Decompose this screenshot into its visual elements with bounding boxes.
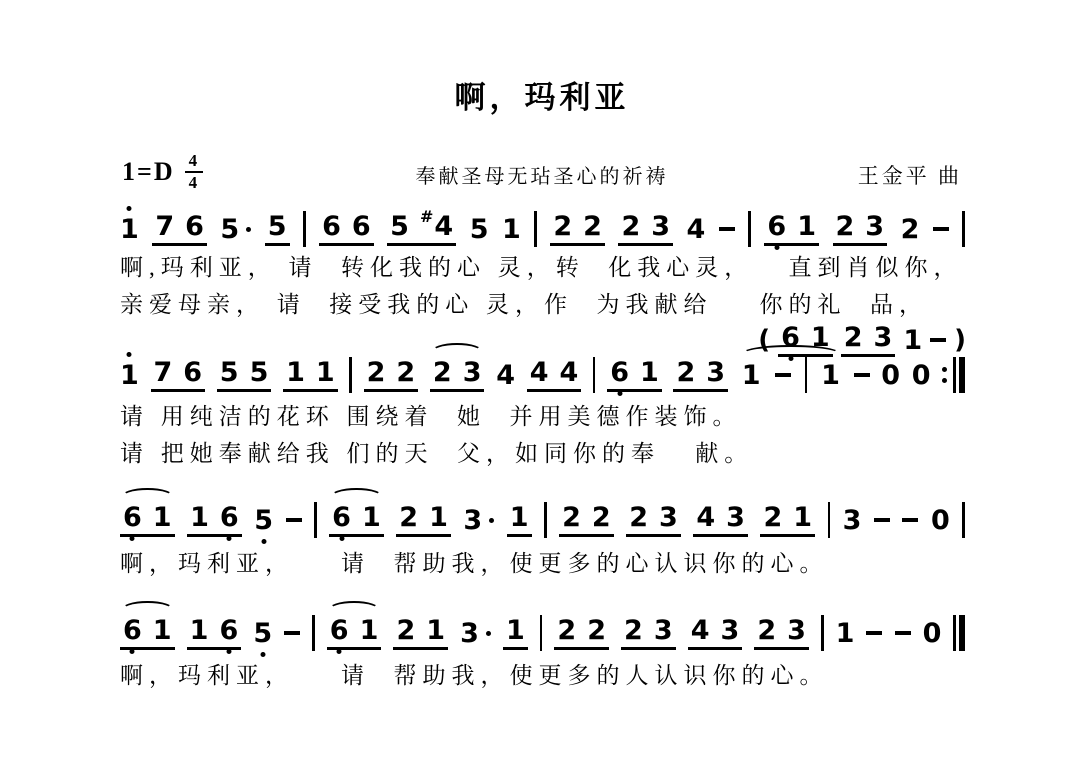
note-digit: 1 bbox=[510, 502, 529, 533]
note-digit-stack: 2 bbox=[592, 504, 611, 531]
barline bbox=[534, 211, 537, 247]
beam-group: 23 bbox=[833, 213, 888, 246]
note-3: 3 bbox=[463, 359, 482, 386]
note-digit: 6 bbox=[123, 615, 142, 646]
note-digit-stack: 6 bbox=[352, 213, 371, 240]
note-digit: 2 bbox=[587, 615, 606, 646]
note-digit-stack: 3 bbox=[463, 507, 482, 534]
beam-group: 76 bbox=[152, 213, 207, 246]
note-digit: 6 bbox=[185, 211, 204, 242]
note-digit: 1 bbox=[190, 502, 209, 533]
note-digit: 2 bbox=[901, 214, 920, 245]
note-1: 1 bbox=[190, 617, 209, 644]
barline bbox=[544, 502, 547, 538]
note-2: 2 bbox=[844, 324, 863, 351]
lyric-line-2-verse-2: 请 把她奉献给我 们的天 父，如同你的奉 献。 bbox=[120, 440, 990, 468]
note-6: 6 bbox=[330, 617, 349, 644]
barline bbox=[312, 615, 315, 651]
note-2: 2 bbox=[836, 213, 855, 240]
augmentation-dot bbox=[246, 227, 251, 232]
note-5: 5 bbox=[220, 216, 251, 243]
note-6: 6 bbox=[219, 617, 238, 644]
note-digit-stack: 2 bbox=[553, 213, 572, 240]
duration-dash bbox=[719, 227, 735, 231]
note-5: 5 bbox=[254, 507, 273, 534]
note-digit-stack: 0 bbox=[923, 620, 942, 647]
note-digit: 3 bbox=[706, 357, 725, 388]
beam-group: 16 bbox=[187, 617, 242, 650]
note-2: 2 bbox=[763, 504, 782, 531]
duration-dash bbox=[866, 631, 882, 635]
note-digit: 5 bbox=[220, 214, 239, 245]
note-digit-stack: 4 bbox=[434, 213, 453, 240]
note-digit-stack: 6 bbox=[610, 359, 629, 386]
note-digit-stack: 7 bbox=[155, 213, 174, 240]
note-1: 1 bbox=[360, 617, 379, 644]
beam-group: 43 bbox=[693, 504, 748, 537]
song-title: 啊，玛利亚 bbox=[0, 72, 1084, 117]
note-digit-stack: 3 bbox=[659, 504, 678, 531]
beam-group: 21 bbox=[393, 617, 448, 650]
note-digit-stack: 6 bbox=[183, 359, 202, 386]
note-digit-stack: 3 bbox=[865, 213, 884, 240]
note-digit: 0 bbox=[923, 618, 942, 649]
duration-dash bbox=[902, 518, 918, 522]
note-digit: 2 bbox=[399, 502, 418, 533]
note-digit-stack: 6 bbox=[219, 617, 238, 644]
duration-dash bbox=[284, 631, 300, 635]
beam-group: 5#4 bbox=[387, 213, 456, 246]
note-digit-stack: 4 bbox=[691, 617, 710, 644]
note-0: 0 bbox=[912, 362, 931, 389]
note-digit-stack: 1 bbox=[316, 359, 335, 386]
note-digit-stack: 1 bbox=[793, 504, 812, 531]
duration-dash bbox=[933, 227, 949, 231]
note-1: 1 bbox=[510, 504, 529, 531]
repeat-end-barline bbox=[942, 357, 965, 393]
beam-group: 21 bbox=[396, 504, 451, 537]
lyric-line-4: 啊，玛利亚， 请 帮助我，使更多的人认识你的心。 bbox=[120, 662, 990, 690]
note-digit: 1 bbox=[903, 325, 922, 356]
note-1: 1 bbox=[426, 617, 445, 644]
note-digit: 1 bbox=[426, 615, 445, 646]
beam-group: 23 bbox=[673, 359, 728, 392]
note-3: 3 bbox=[721, 617, 740, 644]
tie-group: 11 bbox=[740, 357, 842, 393]
note-digit-stack: 2 bbox=[583, 213, 602, 240]
thick-barline bbox=[959, 357, 965, 393]
notation-line-2: 1765511222344461231100 bbox=[120, 352, 965, 398]
note-digit-stack: 5 bbox=[268, 213, 287, 240]
lyric-line-1-verse-1: 啊,玛利亚， 请 转化我的心 灵，转 化我心灵， 直到肖似你， bbox=[120, 254, 990, 282]
octave-dot-below bbox=[261, 539, 266, 544]
note-digit: 2 bbox=[396, 357, 415, 388]
beam-group: 61 bbox=[327, 617, 382, 650]
note-digit: 4 bbox=[691, 615, 710, 646]
beam-group: 61 bbox=[120, 504, 175, 537]
note-digit-stack: 1 bbox=[640, 359, 659, 386]
note-digit: 3 bbox=[721, 615, 740, 646]
note-digit: 5 bbox=[470, 214, 489, 245]
note-1: 1 bbox=[903, 327, 922, 354]
octave-dot-below bbox=[337, 649, 342, 654]
note-digit-stack: 2 bbox=[557, 617, 576, 644]
note-digit-stack: 2 bbox=[587, 617, 606, 644]
note-2: 2 bbox=[433, 359, 452, 386]
note-6: 6 bbox=[332, 504, 351, 531]
note-digit-stack: 1 bbox=[797, 213, 816, 240]
thick-barline bbox=[959, 615, 965, 651]
note-2: 2 bbox=[624, 617, 643, 644]
note-digit: 6 bbox=[123, 502, 142, 533]
note-digit: 6 bbox=[322, 211, 341, 242]
note-4: 4 bbox=[696, 504, 715, 531]
note-digit-stack: 2 bbox=[433, 359, 452, 386]
note-digit-stack: 2 bbox=[624, 617, 643, 644]
note-digit-stack: 3 bbox=[654, 617, 673, 644]
note-digit: 1 bbox=[821, 360, 840, 391]
note-digit: 0 bbox=[881, 360, 900, 391]
duration-dash bbox=[874, 518, 890, 522]
final-barline bbox=[953, 615, 965, 651]
note-2: 2 bbox=[676, 359, 695, 386]
note-5: 5 bbox=[220, 359, 239, 386]
note-4: 4 bbox=[496, 362, 515, 389]
note-2: 2 bbox=[562, 504, 581, 531]
note-4: 4 bbox=[530, 359, 549, 386]
note-digit-stack: 3 bbox=[706, 359, 725, 386]
note-digit: 1 bbox=[640, 357, 659, 388]
beam-group: 1 bbox=[503, 617, 528, 650]
barline bbox=[821, 615, 824, 651]
note-1: 1 bbox=[836, 620, 855, 647]
note-digit-stack: 2 bbox=[836, 213, 855, 240]
note-digit-stack: 4 bbox=[687, 216, 706, 243]
note-digit: 6 bbox=[332, 502, 351, 533]
beam-group: 23 bbox=[626, 504, 681, 537]
barline bbox=[540, 615, 543, 651]
note-digit: 4 bbox=[434, 211, 453, 242]
note-6: 6 bbox=[123, 504, 142, 531]
note-digit-stack: 4 bbox=[530, 359, 549, 386]
note-1: 1 bbox=[742, 362, 761, 389]
octave-dot-above bbox=[127, 352, 132, 357]
note-digit: 4 bbox=[559, 357, 578, 388]
note-digit-stack: 6 bbox=[322, 213, 341, 240]
note-digit-stack: 6 bbox=[185, 213, 204, 240]
notation-line-3: 611656121312223432130 bbox=[120, 497, 965, 543]
note-digit-stack: 7 bbox=[154, 359, 173, 386]
note-1: 1 bbox=[362, 504, 381, 531]
note-digit-stack: 3 bbox=[463, 359, 482, 386]
note-digit: 3 bbox=[726, 502, 745, 533]
note-digit-stack: 4 bbox=[496, 362, 515, 389]
beam-group: 61 bbox=[120, 617, 175, 650]
note-1: 1 bbox=[120, 216, 139, 243]
note-digit: 2 bbox=[629, 502, 648, 533]
note-digit: 1 bbox=[502, 214, 521, 245]
note-2: 2 bbox=[399, 504, 418, 531]
note-2: 2 bbox=[557, 617, 576, 644]
note-digit-stack: 1 bbox=[506, 617, 525, 644]
note-digit: 6 bbox=[352, 211, 371, 242]
octave-dot-below bbox=[227, 536, 232, 541]
note-digit-stack: 6 bbox=[123, 617, 142, 644]
note-2: 2 bbox=[367, 359, 386, 386]
note-digit-stack: 0 bbox=[931, 507, 950, 534]
note-5: 5 bbox=[268, 213, 287, 240]
note-digit-stack: 2 bbox=[367, 359, 386, 386]
beam-group: 61 bbox=[764, 213, 819, 246]
note-digit: 5 bbox=[220, 357, 239, 388]
note-digit-stack: 1 bbox=[821, 362, 840, 389]
note-1: 1 bbox=[821, 362, 840, 389]
note-digit-stack: 1 bbox=[153, 617, 172, 644]
note-5: 5 bbox=[253, 620, 272, 647]
note-digit: 3 bbox=[463, 357, 482, 388]
octave-dot-above bbox=[127, 206, 132, 211]
lyric-line-2-verse-1: 请 用纯洁的花环 围绕着 她 并用美德作装饰。 bbox=[120, 403, 990, 431]
note-digit-stack: 2 bbox=[763, 504, 782, 531]
note-digit: 1 bbox=[190, 615, 209, 646]
note-digit: 6 bbox=[610, 357, 629, 388]
note-2: 2 bbox=[587, 617, 606, 644]
barline bbox=[962, 211, 965, 247]
note-2: 2 bbox=[396, 359, 415, 386]
beam-group: 23 bbox=[618, 213, 673, 246]
repeat-dot bbox=[942, 378, 947, 383]
note-1: 1 bbox=[153, 504, 172, 531]
note-digit-stack: 6 bbox=[330, 617, 349, 644]
note-5: 5 bbox=[470, 216, 489, 243]
note-digit-stack: 1 bbox=[502, 216, 521, 243]
note-2: 2 bbox=[901, 216, 920, 243]
note-3: 3 bbox=[706, 359, 725, 386]
note-digit-stack: 2 bbox=[676, 359, 695, 386]
note-digit: 4 bbox=[696, 502, 715, 533]
note-digit: 5 bbox=[268, 211, 287, 242]
barline bbox=[828, 502, 831, 538]
note-digit: 2 bbox=[557, 615, 576, 646]
note-digit-stack: 1 bbox=[120, 216, 139, 243]
augmentation-dot bbox=[486, 631, 491, 636]
note-digit: 5 bbox=[254, 505, 273, 536]
note-digit-stack: 3 bbox=[874, 324, 893, 351]
note-digit-stack: 3 bbox=[843, 507, 862, 534]
note-digit: 4 bbox=[496, 360, 515, 391]
note-digit-stack: 5 bbox=[390, 213, 409, 240]
note-2: 2 bbox=[629, 504, 648, 531]
octave-dot-below bbox=[226, 649, 231, 654]
note-digit-stack: 5 bbox=[220, 216, 239, 243]
note-digit-stack: 2 bbox=[757, 617, 776, 644]
note-digit: 1 bbox=[153, 615, 172, 646]
note-digit: 2 bbox=[583, 211, 602, 242]
note-3: 3 bbox=[874, 324, 893, 351]
note-4: 4 bbox=[687, 216, 706, 243]
note-1: 1 bbox=[286, 359, 305, 386]
note-digit-stack: 1 bbox=[360, 617, 379, 644]
lyric-line-1-verse-2: 亲爱母亲， 请 接受我的心 灵，作 为我献给 你的礼 品， bbox=[120, 291, 990, 319]
note-1: 1 bbox=[429, 504, 448, 531]
beam-group: 76 bbox=[151, 359, 206, 392]
note-digit: 1 bbox=[836, 618, 855, 649]
beam-group: 61 bbox=[329, 504, 384, 537]
barline bbox=[314, 502, 317, 538]
duration-dash bbox=[930, 338, 946, 342]
note-1: 1 bbox=[153, 617, 172, 644]
note-6: 6 bbox=[767, 213, 786, 240]
duration-dash bbox=[854, 373, 870, 377]
note-digit: 2 bbox=[844, 322, 863, 353]
note-digit-stack: 6 bbox=[123, 504, 142, 531]
note-3: 3 bbox=[865, 213, 884, 240]
note-digit-stack: 3 bbox=[651, 213, 670, 240]
note-digit: 3 bbox=[874, 322, 893, 353]
sheet-music-page: 啊，玛利亚 1=D 4 4 奉献圣母无玷圣心的祈祷 王金平 曲 17655665… bbox=[0, 0, 1084, 774]
note-1: 1 bbox=[640, 359, 659, 386]
note-digit-stack: 1 bbox=[362, 504, 381, 531]
note-digit-stack: 2 bbox=[562, 504, 581, 531]
octave-dot-below bbox=[260, 652, 265, 657]
note-digit: 1 bbox=[362, 502, 381, 533]
note-digit: 2 bbox=[763, 502, 782, 533]
note-2: 2 bbox=[583, 213, 602, 240]
note-digit-stack: 1 bbox=[836, 620, 855, 647]
note-digit: 1 bbox=[506, 615, 525, 646]
note-6: 6 bbox=[185, 213, 204, 240]
note-digit: 1 bbox=[793, 502, 812, 533]
note-digit-stack: 3 bbox=[460, 620, 479, 647]
note-digit: 4 bbox=[530, 357, 549, 388]
beam-group: 22 bbox=[554, 617, 609, 650]
note-digit: 3 bbox=[463, 505, 482, 536]
note-digit: 3 bbox=[787, 615, 806, 646]
note-6: 6 bbox=[610, 359, 629, 386]
note-digit: 2 bbox=[562, 502, 581, 533]
note-1: 1 bbox=[316, 359, 335, 386]
note-digit: 1 bbox=[742, 360, 761, 391]
note-6: 6 bbox=[220, 504, 239, 531]
note-digit-stack: 6 bbox=[220, 504, 239, 531]
duration-dash bbox=[286, 518, 302, 522]
sharp-icon: # bbox=[420, 209, 433, 225]
note-digit: 6 bbox=[219, 615, 238, 646]
beam-group: 1 bbox=[507, 504, 532, 537]
note-digit-stack: 2 bbox=[844, 324, 863, 351]
note-digit-stack: 4 bbox=[696, 504, 715, 531]
note-3: 3 bbox=[654, 617, 673, 644]
octave-dot-below bbox=[130, 649, 135, 654]
note-digit-stack: 1 bbox=[742, 362, 761, 389]
note-digit: 7 bbox=[155, 211, 174, 242]
note-digit: 3 bbox=[654, 615, 673, 646]
note-1: 1 bbox=[793, 504, 812, 531]
note-digit-stack: 5 bbox=[220, 359, 239, 386]
note-digit: 2 bbox=[592, 502, 611, 533]
note-digit: 2 bbox=[433, 357, 452, 388]
duration-dash bbox=[895, 631, 911, 635]
note-digit: 3 bbox=[865, 211, 884, 242]
note-digit: 7 bbox=[154, 357, 173, 388]
note-1: 1 bbox=[120, 362, 139, 389]
beam-group: 23 bbox=[754, 617, 809, 650]
note-6: 6 bbox=[123, 617, 142, 644]
note-digit-stack: 2 bbox=[629, 504, 648, 531]
note-digit-stack: 3 bbox=[721, 617, 740, 644]
note-digit-stack: 2 bbox=[901, 216, 920, 243]
note-6: 6 bbox=[322, 213, 341, 240]
note-3: 3 bbox=[651, 213, 670, 240]
note-3: 3 bbox=[460, 620, 491, 647]
note-3: 3 bbox=[843, 507, 862, 534]
note-5: 5 bbox=[250, 359, 269, 386]
note-digit-stack: 2 bbox=[396, 617, 415, 644]
note-digit: 3 bbox=[460, 618, 479, 649]
note-digit-stack: 1 bbox=[426, 617, 445, 644]
note-7: 7 bbox=[154, 359, 173, 386]
note-digit: 1 bbox=[429, 502, 448, 533]
note-2: 2 bbox=[396, 617, 415, 644]
note-digit: 5 bbox=[250, 357, 269, 388]
note-4: 4 bbox=[559, 359, 578, 386]
lyric-line-3: 啊，玛利亚， 请 帮助我，使更多的心认识你的心。 bbox=[120, 550, 990, 578]
note-digit: 1 bbox=[316, 357, 335, 388]
note-digit-stack: 2 bbox=[621, 213, 640, 240]
note-3: 3 bbox=[659, 504, 678, 531]
note-digit: 3 bbox=[651, 211, 670, 242]
note-digit: 5 bbox=[253, 618, 272, 649]
octave-dot-below bbox=[339, 536, 344, 541]
note-digit: 1 bbox=[153, 502, 172, 533]
barline bbox=[303, 211, 306, 247]
note-digit-stack: 1 bbox=[510, 504, 529, 531]
note-6: 6 bbox=[183, 359, 202, 386]
note-digit: 1 bbox=[797, 211, 816, 242]
barline bbox=[748, 211, 751, 247]
barline bbox=[349, 357, 352, 393]
beam-group: 61 bbox=[607, 359, 662, 392]
note-digit: 6 bbox=[220, 502, 239, 533]
note-digit-stack: 1 bbox=[190, 617, 209, 644]
thin-barline bbox=[953, 357, 956, 393]
note-digit-stack: 6 bbox=[767, 213, 786, 240]
note-digit: 6 bbox=[183, 357, 202, 388]
note-digit: 2 bbox=[836, 211, 855, 242]
note-5: 5 bbox=[390, 213, 409, 240]
barline bbox=[962, 502, 965, 538]
note-digit-stack: 3 bbox=[787, 617, 806, 644]
beam-group: 43 bbox=[688, 617, 743, 650]
note-1: 1 bbox=[190, 504, 209, 531]
note-1: 1 bbox=[797, 213, 816, 240]
note-digit-stack: 3 bbox=[726, 504, 745, 531]
note-7: 7 bbox=[155, 213, 174, 240]
note-0: 0 bbox=[931, 507, 950, 534]
note-2: 2 bbox=[553, 213, 572, 240]
note-digit: 2 bbox=[624, 615, 643, 646]
note-digit: 1 bbox=[120, 360, 139, 391]
note-digit-stack: 6 bbox=[332, 504, 351, 531]
note-4: #4 bbox=[420, 213, 453, 240]
note-digit: 3 bbox=[659, 502, 678, 533]
note-4: 4 bbox=[691, 617, 710, 644]
thin-barline bbox=[953, 615, 956, 651]
beam-group: 22 bbox=[550, 213, 605, 246]
note-digit-stack: 1 bbox=[190, 504, 209, 531]
note-digit: 6 bbox=[767, 211, 786, 242]
note-1: 1 bbox=[506, 617, 525, 644]
